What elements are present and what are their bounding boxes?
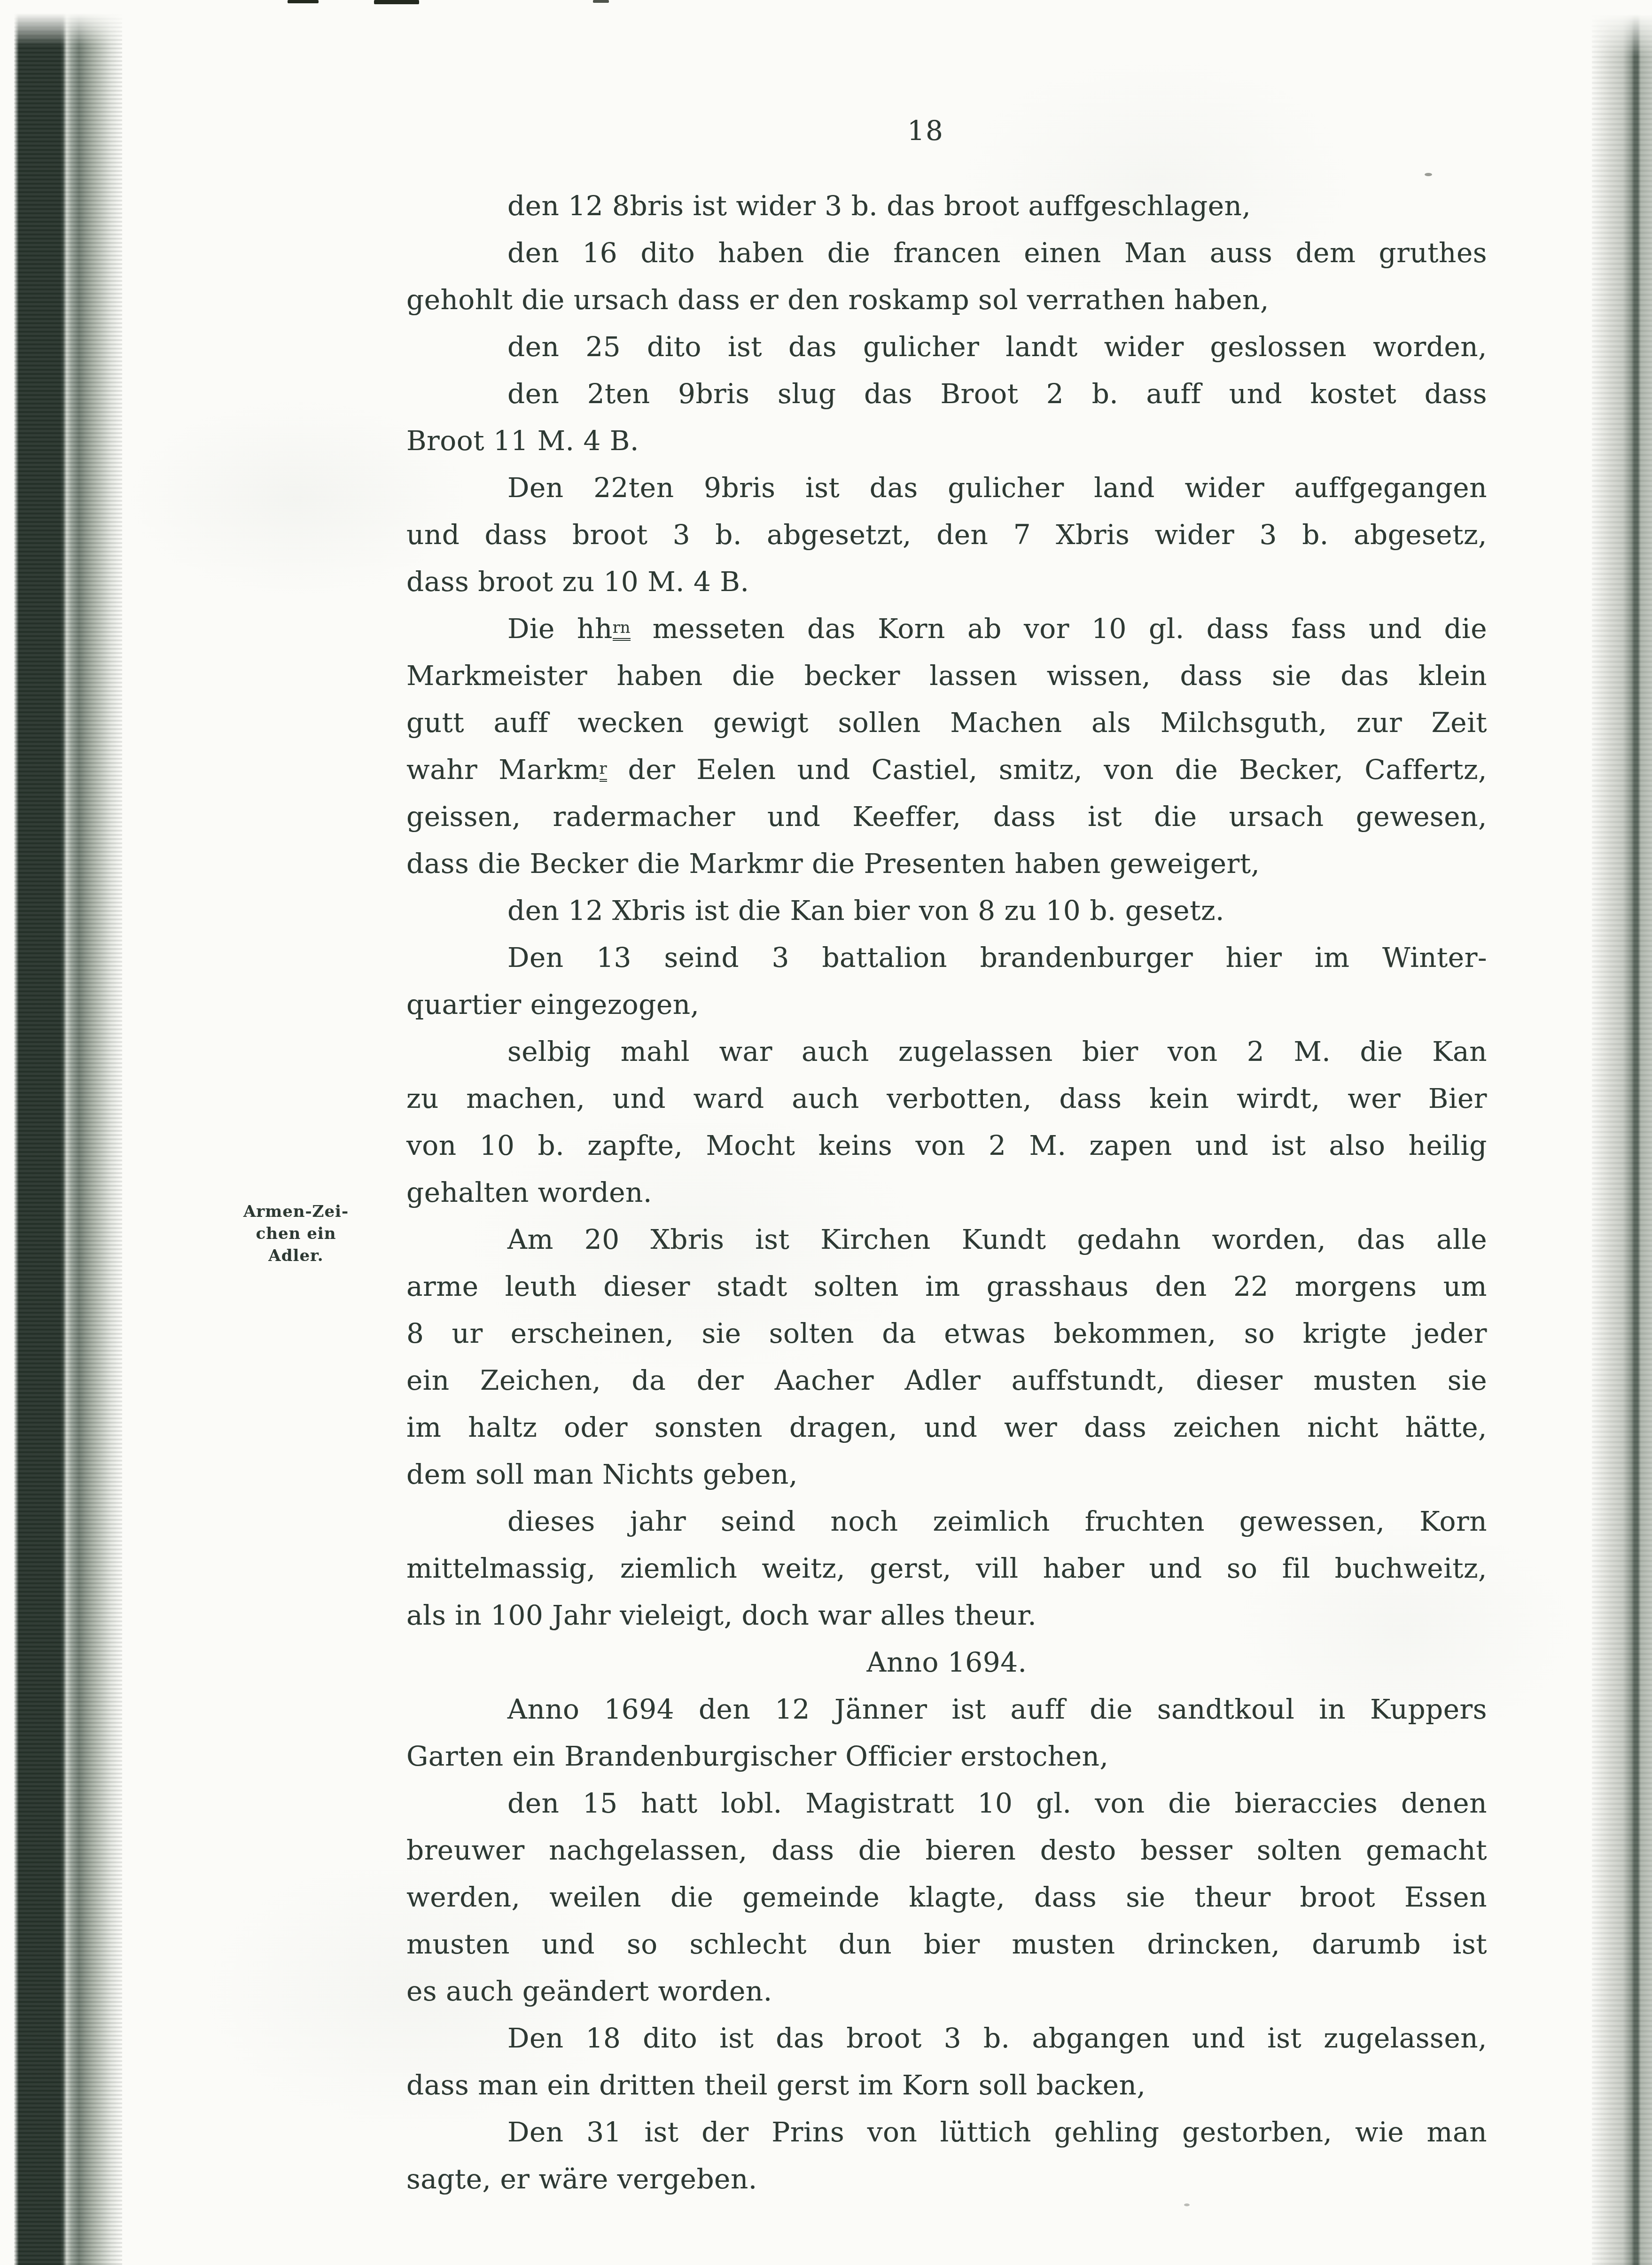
body-line-text: Die hh	[507, 613, 613, 645]
body-line: Am 20 Xbris ist Kirchen Kundt gedahn wor…	[406, 1216, 1487, 1263]
body-line: sagte, er wäre vergeben.	[406, 2156, 1487, 2203]
body-line-text: der Eelen und Castiel, smitz, von die Be…	[607, 754, 1487, 786]
scan-speck	[1184, 2203, 1190, 2206]
body-line: Den 22ten 9bris ist das gulicher land wi…	[406, 464, 1487, 511]
body-text: den 12 8bris ist wider 3 b. das broot au…	[406, 182, 1487, 2203]
body-line: gehalten worden.	[406, 1169, 1487, 1216]
body-line: 8 ur erscheinen, sie solten da etwas bek…	[406, 1310, 1487, 1357]
body-line: Anno 1694 den 12 Jänner ist auff die san…	[406, 1686, 1487, 1733]
body-line: musten und so schlecht dun bier musten d…	[406, 1921, 1487, 1968]
book-gutter-shadow	[14, 13, 122, 2265]
body-line: den 25 dito ist das gulicher landt wider…	[406, 323, 1487, 370]
body-line: dem soll man Nichts geben,	[406, 1451, 1487, 1498]
body-line: gutt auff wecken gewigt sollen Machen al…	[406, 699, 1487, 746]
body-line: den 2ten 9bris slug das Broot 2 b. auff …	[406, 370, 1487, 417]
body-line: Den 18 dito ist das broot 3 b. abgangen …	[406, 2015, 1487, 2062]
body-line: von 10 b. zapfte, Mocht keins von 2 M. z…	[406, 1122, 1487, 1169]
body-line: arme leuth dieser stadt solten im grassh…	[406, 1263, 1487, 1310]
body-line: Markmeister haben die becker lassen wiss…	[406, 652, 1487, 699]
body-line-text: wahr Markm	[406, 754, 600, 786]
body-line: dieses jahr seind noch zeimlich fruchten…	[406, 1498, 1487, 1545]
body-line: werden, weilen die gemeinde klagte, dass…	[406, 1874, 1487, 1921]
body-line: geissen, radermacher und Keeffer, dass i…	[406, 793, 1487, 840]
scan-speck	[374, 0, 419, 4]
body-line: den 12 Xbris ist die Kan bier von 8 zu 1…	[406, 887, 1487, 934]
body-line: Anno 1694.	[406, 1639, 1487, 1686]
body-line: Die hhrn messeten das Korn ab vor 10 gl.…	[406, 605, 1487, 652]
margin-note-line: Adler.	[202, 1245, 390, 1267]
scanned-book-page: 18 Armen-Zei- chen ein Adler. den 12 8br…	[0, 0, 1652, 2265]
body-line: Den 31 ist der Prins von lüttich gehling…	[406, 2109, 1487, 2156]
superscript-abbreviation: rn	[613, 618, 631, 641]
margin-note: Armen-Zei- chen ein Adler.	[202, 1201, 390, 1267]
body-line: den 12 8bris ist wider 3 b. das broot au…	[406, 182, 1487, 229]
body-line: dass man ein dritten theil gerst im Korn…	[406, 2062, 1487, 2109]
body-line: mittelmassig, ziemlich weitz, gerst, vil…	[406, 1545, 1487, 1592]
body-line: Garten ein Brandenburgischer Officier er…	[406, 1733, 1487, 1780]
superscript-abbreviation: r	[600, 759, 607, 782]
scan-speck	[1425, 173, 1432, 176]
body-line: selbig mahl war auch zugelassen bier von…	[406, 1028, 1487, 1075]
body-line: dass die Becker die Markmr die Presenten…	[406, 840, 1487, 887]
body-line: den 16 dito haben die francen einen Man …	[406, 229, 1487, 276]
body-line: im haltz oder sonsten dragen, und wer da…	[406, 1404, 1487, 1451]
page-number: 18	[385, 107, 1466, 154]
body-line: wahr Markmr der Eelen und Castiel, smitz…	[406, 746, 1487, 793]
margin-note-line: chen ein	[202, 1223, 390, 1245]
body-line: und dass broot 3 b. abgesetzt, den 7 Xbr…	[406, 511, 1487, 558]
body-line: ein Zeichen, da der Aacher Adler auffstu…	[406, 1357, 1487, 1404]
margin-note-line: Armen-Zei-	[202, 1201, 390, 1223]
body-line: Broot 11 M. 4 B.	[406, 417, 1487, 464]
scan-speck	[593, 0, 609, 3]
body-line: zu machen, und ward auch verbotten, dass…	[406, 1075, 1487, 1122]
body-line: als in 100 Jahr vieleigt, doch war alles…	[406, 1592, 1487, 1639]
scan-speck	[288, 0, 319, 3]
body-line: es auch geändert worden.	[406, 1968, 1487, 2015]
body-line-text: messeten das Korn ab vor 10 gl. dass fas…	[631, 613, 1488, 645]
body-line: gehohlt die ursach dass er den roskamp s…	[406, 276, 1487, 323]
body-line: quartier eingezogen,	[406, 981, 1487, 1028]
body-line: dass broot zu 10 M. 4 B.	[406, 558, 1487, 605]
page-edge-shadow	[1592, 14, 1652, 2265]
body-line: Den 13 seind 3 battalion brandenburger h…	[406, 934, 1487, 981]
body-line: breuwer nachgelassen, dass die bieren de…	[406, 1827, 1487, 1874]
body-line: den 15 hatt lobl. Magistratt 10 gl. von …	[406, 1780, 1487, 1827]
